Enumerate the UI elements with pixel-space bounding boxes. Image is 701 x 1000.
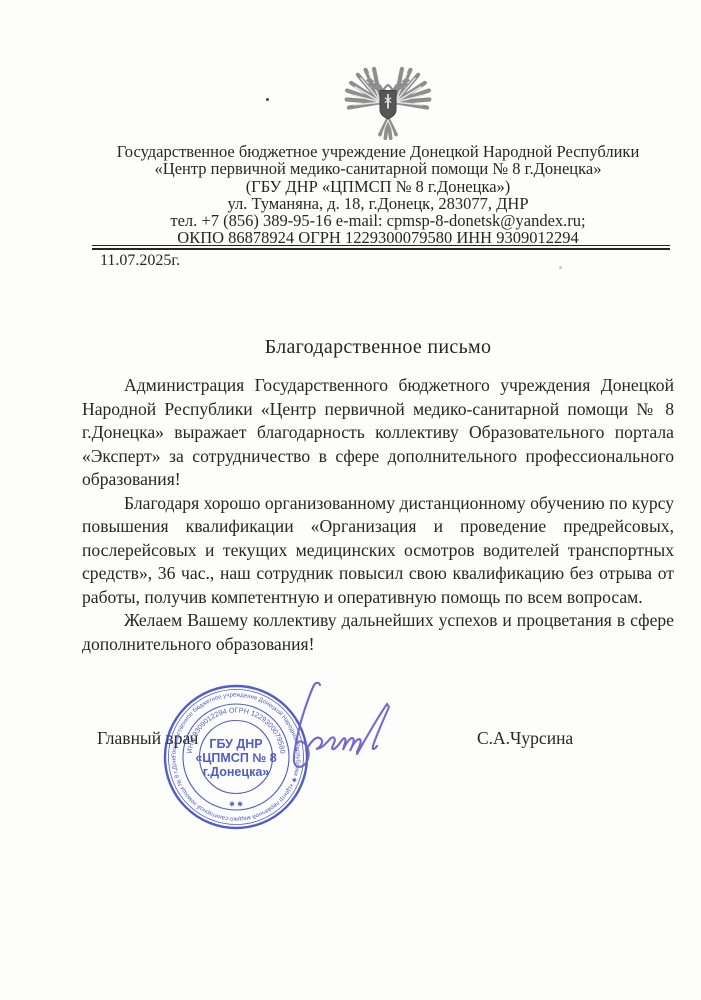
stamp-center-line3: г.Донецка» [203,765,270,779]
scan-speck [559,266,562,269]
letter-body: Администрация Государственного бюджетног… [82,374,674,656]
stamp-bottom-stars: ✱ ✱ [229,799,244,807]
scanned-letter-page: Государственное бюджетное учреждение Дон… [0,0,701,1000]
org-contacts-line: тел. +7 (856) 389-95-16 e-mail: cpmsp-8-… [82,212,674,229]
org-type-line: Государственное бюджетное учреждение Дон… [82,143,674,160]
letterhead: Государственное бюджетное учреждение Дон… [82,143,674,247]
stamp-center-line1: ГБУ ДНР [209,737,262,751]
letter-title: Благодарственное письмо [82,336,674,359]
stamp-center-line2: «ЦПМСП № 8 [195,751,276,765]
body-paragraph: Желаем Вашему коллективу дальнейших успе… [82,609,674,656]
org-name-line: «Центр первичной медико-санитарной помощ… [82,160,674,177]
svg-text:✱ ✱: ✱ ✱ [229,799,244,807]
dnr-coat-of-arms-eagle-icon [334,62,442,146]
org-address-line: ул. Туманяна, д. 18, г.Донецк, 283077, Д… [82,195,674,212]
signatory-name: С.А.Чурсина [477,728,573,749]
body-paragraph: Благодаря хорошо организованному дистанц… [82,492,674,610]
letterhead-divider [92,245,670,250]
org-short-name-line: (ГБУ ДНР «ЦПМСП № 8 г.Донецка») [82,178,674,195]
body-paragraph: Администрация Государственного бюджетног… [82,374,674,492]
scan-speck [266,98,269,101]
handwritten-signature [270,680,440,780]
letter-date: 11.07.2025г. [100,252,180,270]
